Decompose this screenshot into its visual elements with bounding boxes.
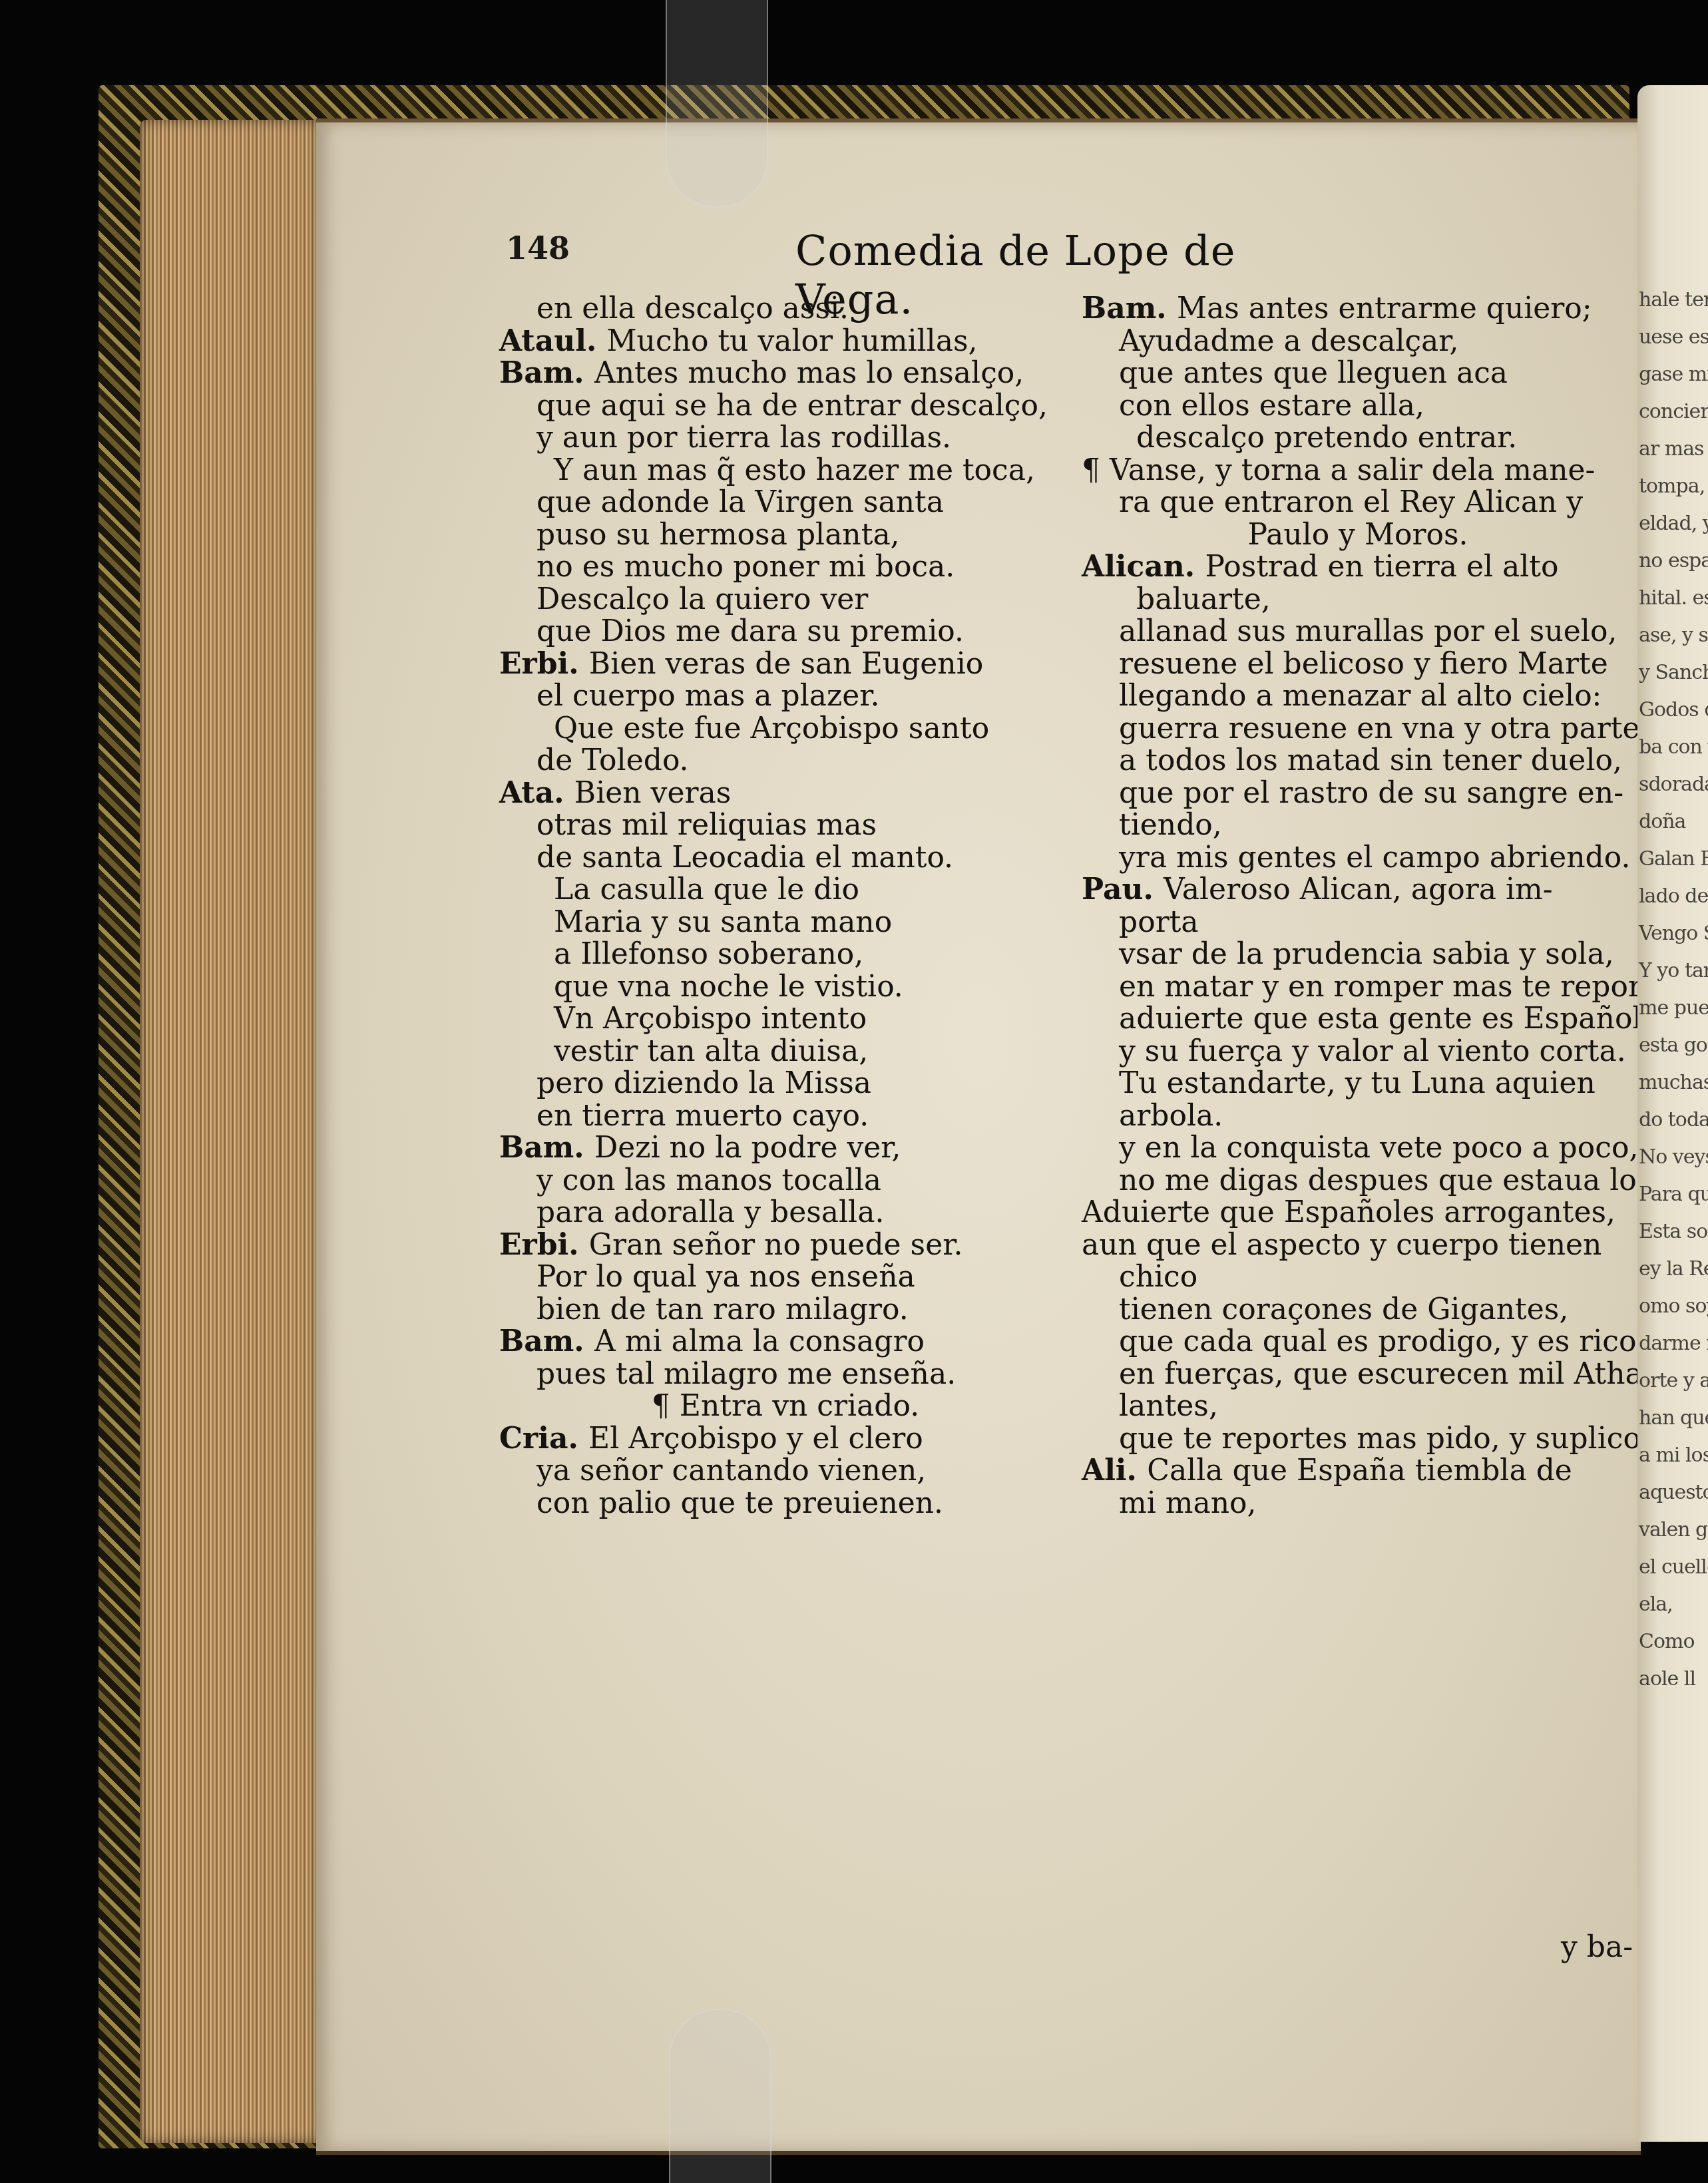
verse-text: Dezi no la podre ver, (594, 1131, 901, 1165)
text-column-left: en ella descalço assi.Ataul. Mucho tu va… (499, 293, 1072, 1519)
speaker-name: Pau. (1082, 873, 1164, 906)
facing-page-text-fragment: Vengo Sar (1639, 922, 1708, 945)
verse-text: Antes mucho mas lo ensalço, (594, 356, 1024, 390)
verse-text: resuene el belicoso y fiero Marte (1119, 647, 1608, 681)
verse-text: Maria y su santa mano (554, 905, 892, 939)
verse-line: ra que entraron el Rey Alican y (1082, 487, 1634, 519)
facing-page-text-fragment: concierto y (1639, 400, 1708, 423)
facing-page-text-fragment: darme ma (1639, 1332, 1708, 1355)
verse-line: en ella descalço assi. (499, 293, 1072, 325)
verse-text: Gran señor no puede ser. (589, 1228, 963, 1262)
verse-line: Tu estandarte, y tu Luna aquien (1082, 1068, 1634, 1100)
verse-text: ra que entraron el Rey Alican y (1119, 485, 1583, 519)
verse-line: Aduierte que Españoles arrogantes, (1082, 1197, 1634, 1229)
verse-line: que adonde la Virgen santa (499, 487, 1072, 519)
speaker-name: Bam. (499, 1131, 594, 1165)
facing-page-text-fragment: ba con vna g (1639, 735, 1708, 759)
facing-page-text-fragment: valen gra (1639, 1518, 1708, 1541)
verse-text: que cada qual es prodigo, y es rico, (1119, 1324, 1645, 1358)
facing-page-text-fragment: el cuello m (1639, 1555, 1708, 1579)
verse-line: Cria. El Arçobispo y el clero (499, 1423, 1072, 1456)
verse-text: y su fuerça y valor al viento corta. (1119, 1034, 1626, 1068)
verse-text: guerra resuene en vna y otra parte, (1119, 711, 1649, 745)
verse-line: tienen coraçones de Gigantes, (1082, 1294, 1634, 1326)
verse-text: Postrad en tierra el alto (1205, 550, 1559, 584)
verse-line: ¶ Vanse, y torna a salir dela mane- (1082, 455, 1634, 487)
verse-line: para adoralla y besalla. (499, 1197, 1072, 1229)
speaker-name: Ali. (1082, 1454, 1147, 1488)
verse-line: Bam. Antes mucho mas lo ensalço, (499, 357, 1072, 390)
verse-text: pero diziendo la Missa (536, 1066, 871, 1100)
verse-line: Ata. Bien veras (499, 777, 1072, 810)
speaker-name: Erbi. (499, 647, 589, 681)
verse-text: llegando a menazar al alto cielo: (1119, 679, 1601, 713)
facing-page-text-fragment: han queri (1639, 1406, 1708, 1430)
verse-text: Valeroso Alican, agora im- (1164, 873, 1553, 906)
facing-page-text-fragment: Esta sola l (1639, 1220, 1708, 1243)
speaker-name: Alican. (1082, 550, 1205, 584)
verse-text: allanad sus murallas por el suelo, (1119, 614, 1617, 648)
verse-text: que antes que lleguen aca (1119, 356, 1508, 390)
verse-text: chico (1119, 1260, 1197, 1294)
verse-text: con ellos estare alla, (1119, 389, 1424, 423)
verse-line: Pau. Valeroso Alican, agora im- (1082, 874, 1634, 906)
verse-line: vsar de la prudencia sabia y sola, (1082, 938, 1634, 971)
verse-line: no me digas despues que estaua loco. (1082, 1165, 1634, 1197)
verse-text: el cuerpo mas a plazer. (536, 679, 879, 713)
verse-line: en fuerças, que escurecen mil Atha- (1082, 1358, 1634, 1391)
verse-text: A mi alma la consagro (594, 1324, 925, 1358)
verse-line: allanad sus murallas por el suelo, (1082, 616, 1634, 648)
verse-line: Vn Arçobispo intento (499, 1003, 1072, 1036)
facing-page-edge: hale tener vnuese este luggase mi campco… (1637, 85, 1708, 2142)
verse-line: resuene el belicoso y fiero Marte (1082, 648, 1634, 681)
verse-text: Por lo qual ya nos enseña (536, 1260, 915, 1294)
verse-line: y aun por tierra las rodillas. (499, 422, 1072, 455)
verse-text: descalço pretendo entrar. (1136, 421, 1517, 455)
verse-line: que por el rastro de su sangre en- (1082, 777, 1634, 810)
verse-line: Erbi. Bien veras de san Eugenio (499, 648, 1072, 681)
speaker-name: Ataul. (499, 324, 607, 358)
verse-text: y aun por tierra las rodillas. (536, 421, 951, 455)
verse-line: mi mano, (1082, 1488, 1634, 1520)
verse-line: a Illefonso soberano, (499, 938, 1072, 971)
verse-line: Maria y su santa mano (499, 906, 1072, 939)
facing-page-text-fragment: no espato a l (1639, 549, 1708, 572)
facing-page-text-fragment: uese este lug (1639, 325, 1708, 349)
verse-text: Y aun mas q̃ esto hazer me toca, (554, 453, 1035, 487)
verse-text: tienen coraçones de Gigantes, (1119, 1292, 1568, 1326)
facing-page-text-fragment: ey la Real (1639, 1257, 1708, 1281)
verse-text: y con las manos tocalla (536, 1163, 881, 1197)
verse-line: el cuerpo mas a plazer. (499, 680, 1072, 713)
facing-page-text-fragment: aole ll (1639, 1667, 1695, 1690)
verse-text: que te reportes mas pido, y suplico. (1119, 1422, 1649, 1456)
verse-line: con ellos estare alla, (1082, 390, 1634, 423)
facing-page-text-fragment: muchas pie (1639, 1071, 1708, 1094)
speaker-name: Bam. (499, 356, 594, 390)
facing-page-text-fragment: Y yo tambi (1639, 959, 1708, 982)
speaker-name: Bam. (1082, 292, 1177, 325)
verse-line: Bam. A mi alma la consagro (499, 1326, 1072, 1358)
facing-page-text-fragment: Como (1639, 1630, 1695, 1653)
verse-line: aun que el aspecto y cuerpo tienen (1082, 1229, 1634, 1262)
verse-line: pues tal milagro me enseña. (499, 1358, 1072, 1391)
verse-text: Que este fue Arçobispo santo (554, 711, 989, 745)
verse-line: con palio que te preuienen. (499, 1488, 1072, 1520)
facing-page-text-fragment: sdoradas y (1639, 773, 1708, 796)
verse-line: Alican. Postrad en tierra el alto (1082, 551, 1634, 584)
verse-line: Ataul. Mucho tu valor humillas, (499, 325, 1072, 358)
verse-line: que te reportes mas pido, y suplico. (1082, 1423, 1634, 1456)
verse-text: en ella descalço assi. (536, 292, 849, 325)
speaker-name: Bam. (499, 1324, 594, 1358)
facing-page-text-fragment: No veys Sa (1639, 1145, 1708, 1169)
verse-text: arbola. (1119, 1099, 1223, 1133)
verse-text: mi mano, (1119, 1486, 1257, 1520)
verse-line: guerra resuene en vna y otra parte, (1082, 713, 1634, 745)
facing-page-text-fragment: ela, (1639, 1593, 1673, 1616)
verse-text: con palio que te preuienen. (536, 1486, 943, 1520)
page-number: 148 (506, 230, 570, 266)
verse-line: Bam. Mas antes entrarme quiero; (1082, 293, 1634, 325)
verse-line: Paulo y Moros. (1082, 519, 1634, 552)
verse-text: Ayudadme a descalçar, (1119, 324, 1459, 358)
facing-page-text-fragment: aquestos (1639, 1481, 1708, 1504)
speaker-name: Cria. (499, 1422, 588, 1456)
facing-page-text-fragment: lado de corte (1639, 885, 1708, 908)
facing-page-text-fragment: doña (1639, 810, 1685, 833)
verse-text: en tierra muerto cayo. (536, 1099, 869, 1133)
verse-text: lantes, (1119, 1389, 1218, 1423)
verse-line: aduierte que esta gente es Española, (1082, 1003, 1634, 1036)
verse-line: a todos los matad sin tener duelo, (1082, 745, 1634, 777)
facing-page-text-fragment: ar mas cerca (1639, 437, 1708, 461)
verse-text: que por el rastro de su sangre en- (1119, 776, 1623, 810)
facing-page-text-fragment: ase, y sale Ba (1639, 624, 1708, 647)
verse-line: llegando a menazar al alto cielo: (1082, 680, 1634, 713)
page-holder-clip-top (666, 0, 768, 208)
facing-page-text-fragment: omo soys m (1639, 1294, 1708, 1318)
verse-text: de Toledo. (536, 743, 689, 777)
catchword: y ba- (1561, 1930, 1633, 1964)
facing-page-text-fragment: me puesto (1639, 996, 1708, 1020)
verse-text: tiendo, (1119, 808, 1222, 842)
verse-line: yra mis gentes el campo abriendo. (1082, 842, 1634, 875)
verse-text: Descalço la quiero ver (536, 582, 868, 616)
facing-page-text-fragment: Para que d (1639, 1183, 1708, 1206)
verse-text: aun que el aspecto y cuerpo tienen (1082, 1228, 1601, 1262)
facing-page-text-fragment: Galan Bamb (1639, 847, 1708, 871)
verse-text: no me digas despues que estaua loco. (1119, 1163, 1679, 1197)
facing-page-text-fragment: hale tener vn (1639, 288, 1708, 311)
verse-line: vestir tan alta diuisa, (499, 1036, 1072, 1068)
verse-line: no es mucho poner mi boca. (499, 551, 1072, 584)
verse-text: Mas antes entrarme quiero; (1177, 292, 1592, 325)
verse-line: Que este fue Arçobispo santo (499, 713, 1072, 745)
verse-text: para adoralla y besalla. (536, 1195, 884, 1229)
verse-line: lantes, (1082, 1390, 1634, 1423)
speaker-name: Erbi. (499, 1228, 589, 1262)
verse-text: ¶ Vanse, y torna a salir dela mane- (1082, 453, 1595, 487)
verse-line: Por lo qual ya nos enseña (499, 1261, 1072, 1294)
verse-line: que vna noche le vistio. (499, 971, 1072, 1004)
verse-text: que vna noche le vistio. (554, 970, 903, 1004)
facing-page-text-fragment: tompa, pa (1639, 475, 1708, 498)
verse-text: puso su hermosa planta, (536, 518, 900, 552)
verse-text: y en la conquista vete poco a poco, (1119, 1131, 1638, 1165)
verse-text: a Illefonso soberano, (554, 937, 863, 971)
page-fore-edges (140, 120, 320, 2143)
verse-line: en tierra muerto cayo. (499, 1100, 1072, 1133)
verse-text: porta (1119, 905, 1199, 939)
verse-line: que antes que lleguen aca (1082, 357, 1634, 390)
verse-text: Bien veras (574, 776, 732, 810)
facing-page-text-fragment: a mi los pie (1639, 1444, 1708, 1467)
verse-text: bien de tan raro milagro. (536, 1292, 909, 1326)
verse-text: baluarte, (1136, 582, 1271, 616)
verse-text: Bien veras de san Eugenio (589, 647, 983, 681)
page-holder-clip-bottom (669, 2009, 771, 2183)
verse-line: y con las manos tocalla (499, 1165, 1072, 1197)
verse-line: de Toledo. (499, 745, 1072, 777)
verse-line: bien de tan raro milagro. (499, 1294, 1072, 1326)
facing-page-text-fragment: eldad, y co (1639, 512, 1708, 535)
verse-text: a todos los matad sin tener duelo, (1119, 743, 1622, 777)
verse-text: La casulla que le dio (554, 873, 859, 906)
verse-line: puso su hermosa planta, (499, 519, 1072, 552)
verse-line: que aqui se ha de entrar descalço, (499, 390, 1072, 423)
verse-line: que cada qual es prodigo, y es rico, (1082, 1326, 1634, 1358)
verse-text: ya señor cantando vienen, (536, 1454, 926, 1488)
verse-text: Calla que España tiembla de (1147, 1454, 1572, 1488)
facing-page-text-fragment: orte y ayun (1639, 1369, 1708, 1392)
verse-line: arbola. (1082, 1100, 1634, 1133)
verse-text: en fuerças, que escurecen mil Atha- (1119, 1357, 1653, 1391)
verse-text: Aduierte que Españoles arrogantes, (1082, 1195, 1615, 1229)
verse-text: El Arçobispo y el clero (588, 1422, 923, 1456)
verse-text: Vn Arçobispo intento (554, 1002, 867, 1036)
verse-text: que Dios me dara su premio. (536, 614, 964, 648)
verse-line: Erbi. Gran señor no puede ser. (499, 1229, 1072, 1262)
verse-line: de santa Leocadia el manto. (499, 842, 1072, 875)
verse-text: aduierte que esta gente es Española, (1119, 1002, 1669, 1036)
verse-text: de santa Leocadia el manto. (536, 841, 953, 875)
facing-page-text-fragment: hital. espa ñ (1639, 586, 1708, 610)
verse-line: en matar y en romper mas te reporta (1082, 971, 1634, 1004)
verse-line: Bam. Dezi no la podre ver, (499, 1132, 1072, 1165)
verse-line: que Dios me dara su premio. (499, 616, 1072, 648)
verse-line: pero diziendo la Missa (499, 1068, 1072, 1100)
verse-text: Paulo y Moros. (1247, 518, 1468, 552)
facing-page-text-fragment: esta gorra d (1639, 1034, 1708, 1057)
verse-line: baluarte, (1082, 584, 1634, 616)
page-header: 148 Comedia de Lope de Vega. (0, 230, 1325, 284)
verse-text: pues tal milagro me enseña. (536, 1357, 956, 1391)
verse-line: descalço pretendo entrar. (1082, 422, 1634, 455)
verse-line: Descalço la quiero ver (499, 584, 1072, 616)
facing-page-text-fragment: Godos de ac (1639, 698, 1708, 721)
verse-text: Tu estandarte, y tu Luna aquien (1119, 1066, 1596, 1100)
verse-line: y en la conquista vete poco a poco, (1082, 1132, 1634, 1165)
verse-text: en matar y en romper mas te reporta (1119, 970, 1671, 1004)
verse-line: otras mil reliquias mas (499, 809, 1072, 842)
verse-text: otras mil reliquias mas (536, 808, 877, 842)
verse-text: ¶ Entra vn criado. (652, 1389, 919, 1423)
verse-line: Y aun mas q̃ esto hazer me toca, (499, 455, 1072, 487)
facing-page-text-fragment: do toda de (1639, 1108, 1708, 1131)
verse-line: tiendo, (1082, 809, 1634, 842)
verse-text: que aqui se ha de entrar descalço, (536, 389, 1048, 423)
verse-line: y su fuerça y valor al viento corta. (1082, 1036, 1634, 1068)
verse-line: ya señor cantando vienen, (499, 1455, 1072, 1488)
verse-line: La casulla que le dio (499, 874, 1072, 906)
verse-text: yra mis gentes el campo abriendo. (1119, 841, 1630, 875)
text-column-right: Bam. Mas antes entrarme quiero;Ayudadme … (1082, 293, 1634, 1519)
verse-line: Ayudadme a descalçar, (1082, 325, 1634, 358)
verse-line: porta (1082, 906, 1634, 939)
verse-text: no es mucho poner mi boca. (536, 550, 955, 584)
verse-text: vsar de la prudencia sabia y sola, (1119, 937, 1614, 971)
verse-line: ¶ Entra vn criado. (499, 1390, 1072, 1423)
verse-text: Mucho tu valor humillas, (607, 324, 978, 358)
verse-line: Ali. Calla que España tiembla de (1082, 1455, 1634, 1488)
verse-text: que adonde la Virgen santa (536, 485, 944, 519)
facing-page-text-fragment: gase mi camp (1639, 363, 1708, 386)
speaker-name: Ata. (499, 776, 574, 810)
verse-line: chico (1082, 1261, 1634, 1294)
facing-page-text-fragment: y Sancha e (1639, 661, 1708, 684)
verse-text: vestir tan alta diuisa, (554, 1034, 868, 1068)
